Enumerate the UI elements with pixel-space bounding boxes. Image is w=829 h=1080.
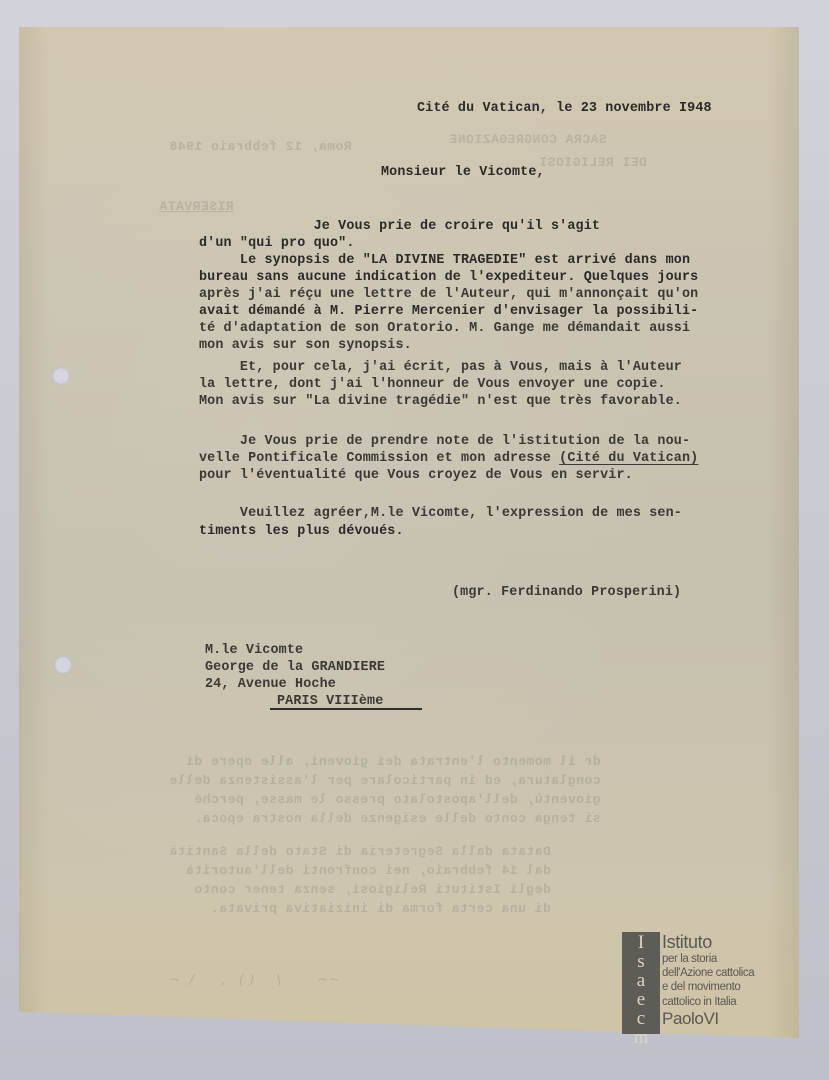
logo-text: Istituto per la storia dell'Azione catto…	[662, 932, 754, 1028]
logo-line: per la storia	[662, 952, 754, 966]
punch-hole-bottom	[54, 656, 72, 674]
bleed-through-text: DEI RELIGIOSI	[539, 155, 647, 170]
monogram-letter: e	[637, 990, 645, 1009]
bleed-through-text: dr il momento l'entrata dei gioveni, all…	[169, 752, 601, 828]
body-line: Et, pour cela, j'ai écrit, pas à Vous, m…	[199, 359, 682, 376]
isacem-logo: I s a e c m Istituto per la storia dell'…	[622, 932, 758, 1034]
bleed-through-text: SACRA CONGREGAZIONE	[449, 132, 607, 147]
body-line: la lettre, dont j'ai l'honneur de Vous e…	[199, 376, 666, 393]
body-line: avait démandé à M. Pierre Mercenier d'en…	[199, 303, 698, 320]
recipient-line: M.le Vicomte	[205, 642, 303, 659]
body-line: d'un "qui pro quo".	[199, 235, 355, 252]
address-underline	[270, 708, 422, 710]
signature: (mgr. Ferdinando Prosperini)	[452, 584, 681, 601]
body-line: mon avis sur son synopsis.	[199, 337, 412, 354]
pencil-marks: ~ / , ( ) \ ~~	[169, 972, 340, 988]
logo-name: PaoloVI	[662, 1009, 754, 1028]
paragraph-line: pour l'éventualité que Vous croyez de Vo…	[199, 467, 633, 484]
logo-line: cattolico in Italia	[662, 995, 754, 1009]
logo-title: Istituto	[662, 932, 754, 952]
salutation: Monsieur le Vicomte,	[381, 164, 545, 181]
monogram-letter: s	[637, 952, 644, 971]
punch-hole-top	[52, 367, 70, 385]
body-line: té d'adaptation de son Oratorio. M. Gang…	[199, 320, 690, 337]
logo-line: dell'Azione cattolica	[662, 966, 754, 980]
monogram-letter: m	[634, 1028, 649, 1047]
closing-line: Veuillez agréer,M.le Vicomte, l'expressi…	[199, 505, 682, 522]
logo-line: e del movimento	[662, 980, 754, 994]
body-line: après j'ai réçu une lettre de l'Auteur, …	[199, 286, 698, 303]
body-line: Je Vous prie de croire qu'il s'agit	[199, 218, 600, 235]
address-highlight: (Cité du Vatican)	[559, 451, 698, 466]
place-date: Cité du Vatican, le 23 novembre I948	[417, 100, 712, 117]
bleed-through-text: Datata dalla Segreteria di Stato della S…	[169, 842, 551, 918]
paragraph-line: velle Pontificale Commission et mon adre…	[199, 450, 698, 467]
bleed-through-text: Roma, 12 febbraio 1948	[169, 139, 352, 154]
closing-line: timents les plus dévoués.	[199, 523, 404, 540]
letter-page: SACRA CONGREGAZIONE DEI RELIGIOSI RISERV…	[19, 27, 799, 1038]
paragraph-line-text: velle Pontificale Commission et mon adre…	[199, 451, 559, 466]
body-line: Le synopsis de "LA DIVINE TRAGEDIE" est …	[199, 252, 690, 269]
paragraph-line: Je Vous prie de prendre note de l'istitu…	[199, 433, 690, 450]
bleed-through-text: RISERVATA	[159, 199, 234, 214]
monogram-letter: I	[638, 933, 644, 952]
recipient-line: 24, Avenue Hoche	[205, 676, 336, 693]
body-line: Mon avis sur "La divine tragédie" n'est …	[199, 393, 682, 410]
monogram-letter: a	[637, 971, 645, 990]
monogram-letter: c	[637, 1009, 645, 1028]
body-line: bureau sans aucune indication de l'exped…	[199, 269, 698, 286]
recipient-line: George de la GRANDIERE	[205, 659, 385, 676]
logo-monogram: I s a e c m	[622, 932, 660, 1034]
